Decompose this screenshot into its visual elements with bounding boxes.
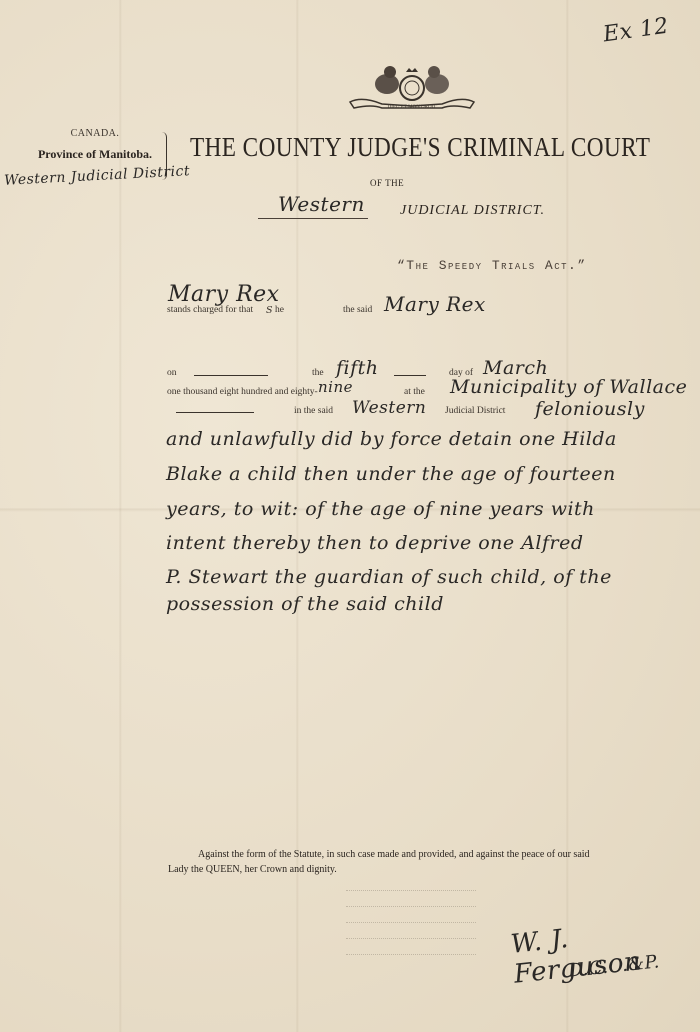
faint-dotted-line: [346, 938, 476, 939]
charge-line-6: possession of the said child: [166, 593, 444, 615]
of-the-label: OF THE: [370, 178, 404, 188]
faint-dotted-line: [346, 922, 476, 923]
judicial-district-inline: Judicial District: [445, 406, 505, 416]
the-said-label: the said: [343, 305, 372, 315]
district-hand-2: Western: [352, 398, 426, 418]
stands-charged-label: stands charged for that: [167, 305, 253, 315]
year-prefix-label: one thousand eight hundred and eighty-: [167, 387, 318, 397]
accused-name: Mary Rex: [168, 282, 280, 307]
at-the-label: at the: [404, 387, 425, 397]
statute-line-2: Lady the QUEEN, her Crown and dignity.: [168, 864, 337, 875]
pronoun-prefix: S: [266, 305, 273, 316]
blank-line: [194, 375, 268, 376]
charge-line-3: years, to wit: of the age of nine years …: [166, 498, 595, 520]
felony-word: feloniously: [535, 398, 645, 420]
district-handwritten: Western: [278, 192, 365, 216]
place-value: Municipality of Wallace: [450, 376, 687, 398]
blank-line: [176, 412, 254, 413]
pronoun-label: he: [275, 305, 284, 315]
accused-name-2: Mary Rex: [384, 292, 486, 316]
svg-text:DIEU ET MON DROIT: DIEU ET MON DROIT: [388, 105, 437, 110]
judicial-district-label: JUDICIAL DISTRICT.: [400, 203, 545, 219]
coat-of-arms-icon: DIEU ET MON DROIT: [332, 62, 492, 112]
the-label: the: [312, 368, 324, 378]
on-label: on: [167, 368, 177, 378]
court-title: THE COUNTY JUDGE'S CRIMINAL COURT: [190, 132, 650, 163]
statute-line-1: Against the form of the Statute, in such…: [198, 845, 668, 864]
blank-line: [394, 375, 426, 376]
province-label: Province of Manitoba.: [20, 147, 170, 162]
charge-line-4: intent thereby then to deprive one Alfre…: [166, 532, 584, 554]
jurisdiction-block: CANADA. Province of Manitoba.: [20, 128, 170, 162]
day-value: fifth: [336, 357, 379, 379]
faint-dotted-line: [346, 954, 476, 955]
country-label: CANADA.: [20, 128, 170, 139]
act-title: “The Speedy Trials Act.”: [397, 258, 587, 273]
in-the-said-label: in the said: [294, 406, 333, 416]
faint-dotted-line: [346, 906, 476, 907]
charge-line-5: P. Stewart the guardian of such child, o…: [166, 566, 612, 588]
charge-line-2: Blake a child then under the age of four…: [166, 463, 616, 485]
year-value: nine: [318, 378, 353, 396]
charge-line-1: and unlawfully did by force detain one H…: [166, 428, 617, 450]
faint-dotted-line: [346, 890, 476, 891]
